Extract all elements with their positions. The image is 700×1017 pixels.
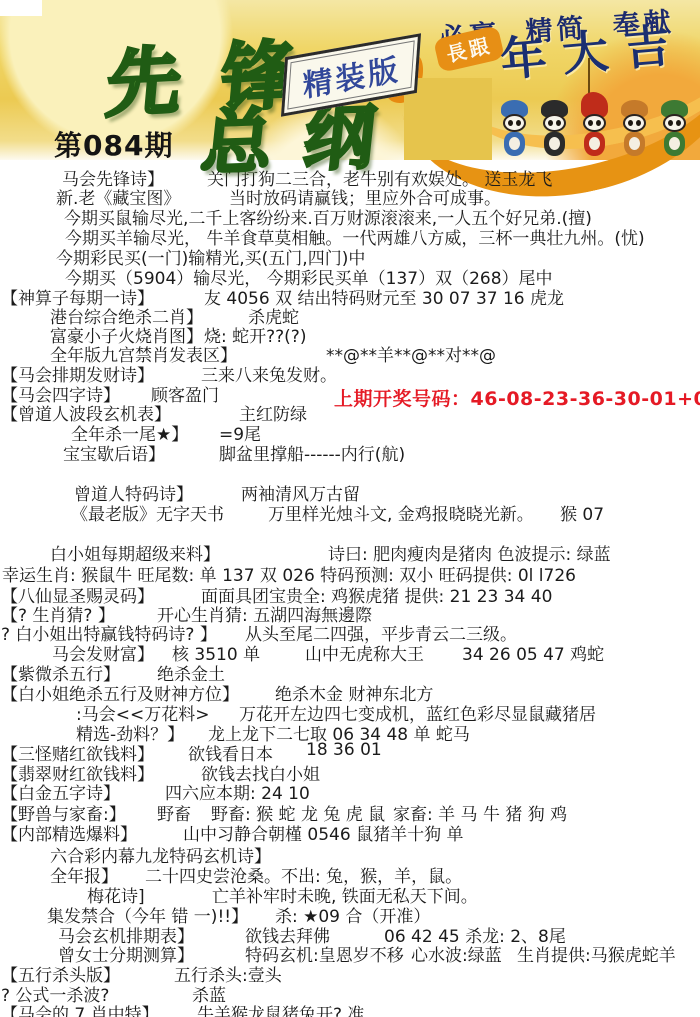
text-line: 【三怪赌红欲钱料】欲钱看日本18 36 01 (0, 740, 700, 761)
text-line: 今期彩民买(一门)输精光,买(五门,四门)中 (0, 244, 700, 265)
text-line: 全年版九宫禁肖发表区】**@**羊**@**对**@ (0, 341, 700, 362)
text-segment: 万里样光烛斗文, 金鸡报晓晓光新。 (268, 500, 534, 525)
fuwa-huanhuan-icon (577, 100, 612, 158)
issue-number: 第084期 (54, 124, 173, 164)
text-line: 今期买（5904）输尽光， 今期彩民买单（137）双（268）尾中 (0, 264, 700, 285)
text-line: 六合彩内幕九龙特码玄机诗】 (0, 842, 700, 863)
text-line: 马会发财富】核 3510 单山中无虎称大王34 26 05 47 鸡蛇 (0, 640, 700, 661)
fuwa-nini-icon (657, 100, 692, 158)
text-segment: 牛羊猴龙鼠猪兔开? 准 (197, 1000, 364, 1017)
text-line: 【马会的 7 肖中特】牛羊猴龙鼠猪兔开? 准 (0, 1000, 700, 1017)
text-line: 【内部精选爆料】山中习静合朝槿 0546 鼠猪羊十狗 单 (0, 820, 700, 841)
text-line: 【? 生肖猜? 】开心生肖猜: 五湖四海無邊際 (0, 601, 700, 622)
text-line: ? 公式一杀波?杀蓝 (0, 981, 700, 1002)
text-line: 马会玄机排期表】欲钱去拜佛06 42 45 杀龙: 2、8尾 (0, 922, 700, 943)
text-line: 港台综合绝杀二肖】杀虎蛇 (0, 303, 700, 324)
text-line: 【野兽与家畜:】野畜野畜: 猴 蛇 龙 兔 虎 鼠家畜: 羊 马 牛 猪 狗 鸡 (0, 800, 700, 821)
mascot-row (497, 94, 697, 158)
text-line: 曾女士分期测算】特码玄机:皇恩岁不移心水波:绿蓝生肖提供:马猴虎蛇羊 (0, 941, 700, 962)
fuwa-jingjing-icon (537, 100, 572, 158)
text-line: 【马会排期发财诗】三来八来兔发财。 (0, 361, 700, 382)
text-line: 精选-劲料？】龙上龙下二七取 06 34 48 单 蛇马 (0, 720, 700, 741)
header-banner: 先锋 总纲 精装版 必赢 精简 奉献 長跟 年大吉 第084期 (0, 0, 700, 160)
deluxe-edition-stamp-label: 精装版 (301, 44, 401, 105)
corner-highlight (0, 0, 42, 16)
text-line: 今期买鼠输尽光,二千上客纷纷来.百万财源滚滚来,一人五个好兄弟.(擅) (0, 204, 700, 225)
text-line: 集发禁合（今年 错 一)!!】杀: ★09 合（开准） (0, 902, 700, 923)
text-line: :马会<<万花料>万花开左边四七变成机，蓝红色彩尽显鼠藏猪居 (0, 700, 700, 721)
text-segment: 宝宝歇后语】 (63, 440, 165, 465)
text-line: 幸运生肖: 猴鼠牛 旺尾数: 单 137 双 026 特码预测: 双小 旺码提供… (0, 561, 700, 582)
text-line: 【紫微杀五行】绝杀金土 (0, 660, 700, 681)
text-segment: 【马会的 7 肖中特】 (1, 1000, 159, 1017)
text-line: 【白金五字诗】四六应本期: 24 10 (0, 779, 700, 800)
fuwa-yingying-icon (617, 100, 652, 158)
text-line: 全年报】二十四史尝沧桑。不出: 兔，猴，羊，鼠。 (0, 862, 700, 883)
fuwa-beibei-icon (497, 100, 532, 158)
text-line: 【翡翠财红欲钱料】欲钱去找白小姐 (0, 760, 700, 781)
censor-patch (404, 78, 492, 160)
text-line: 【五行杀头版】五行杀头:壹头 (0, 961, 700, 982)
text-segment: 《最老版》无字天书 (71, 500, 224, 525)
text-line: 新.老《藏宝图》当时放码请赢钱；里应外合可成事。 (0, 184, 700, 205)
previous-draw-numbers: 上期开奖号码：46-08-23-36-30-01+05 (334, 384, 700, 411)
text-line: ? 白小姐出特赢钱特码诗? 】从头至尾二四强，平步青云二三级。 (0, 620, 700, 641)
text-line: 《最老版》无字天书万里样光烛斗文, 金鸡报晓晓光新。猴 07 (0, 500, 700, 521)
text-segment: 猴 07 (560, 500, 604, 525)
text-line: 【神算子每期一诗】友 4056 双 结出特码财元至 30 07 37 16 虎龙 (0, 284, 700, 305)
text-line: 白小姐每期超级来料】诗曰: 肥肉瘦肉是猪肉 色波提示: 绿蓝 (0, 540, 700, 561)
text-segment: 脚盆里撑船------内行(航) (219, 440, 405, 465)
text-line: 宝宝歇后语】脚盆里撑船------内行(航) (0, 440, 700, 461)
text-segment: 18 36 01 (306, 740, 382, 760)
text-line: 【白小姐绝杀五行及财神方位】绝杀木金 财神东北方 (0, 680, 700, 701)
text-line: 全年杀一尾★】=9尾 (0, 420, 700, 441)
text-line: 富豪小子火烧肖图】烧: 蛇开??(?) (0, 322, 700, 343)
text-line: 【八仙显圣赐灵码】面面具团宝贵全: 鸡猴虎猪 提供: 21 23 34 40 (0, 582, 700, 603)
text-line: 曾道人特码诗】两袖清风万古留 (0, 480, 700, 501)
text-line: 今期买羊输尽光， 牛羊食草莫相触。一代两雄八方威，三杯一典壮九州。(忧) (0, 224, 700, 245)
page: 先锋 总纲 精装版 必赢 精简 奉献 長跟 年大吉 第084期 马会先锋诗】关门… (0, 0, 700, 1017)
text-line: 梅花诗]亡羊补牢时未晚, 铁面无私天下间。 (0, 882, 700, 903)
